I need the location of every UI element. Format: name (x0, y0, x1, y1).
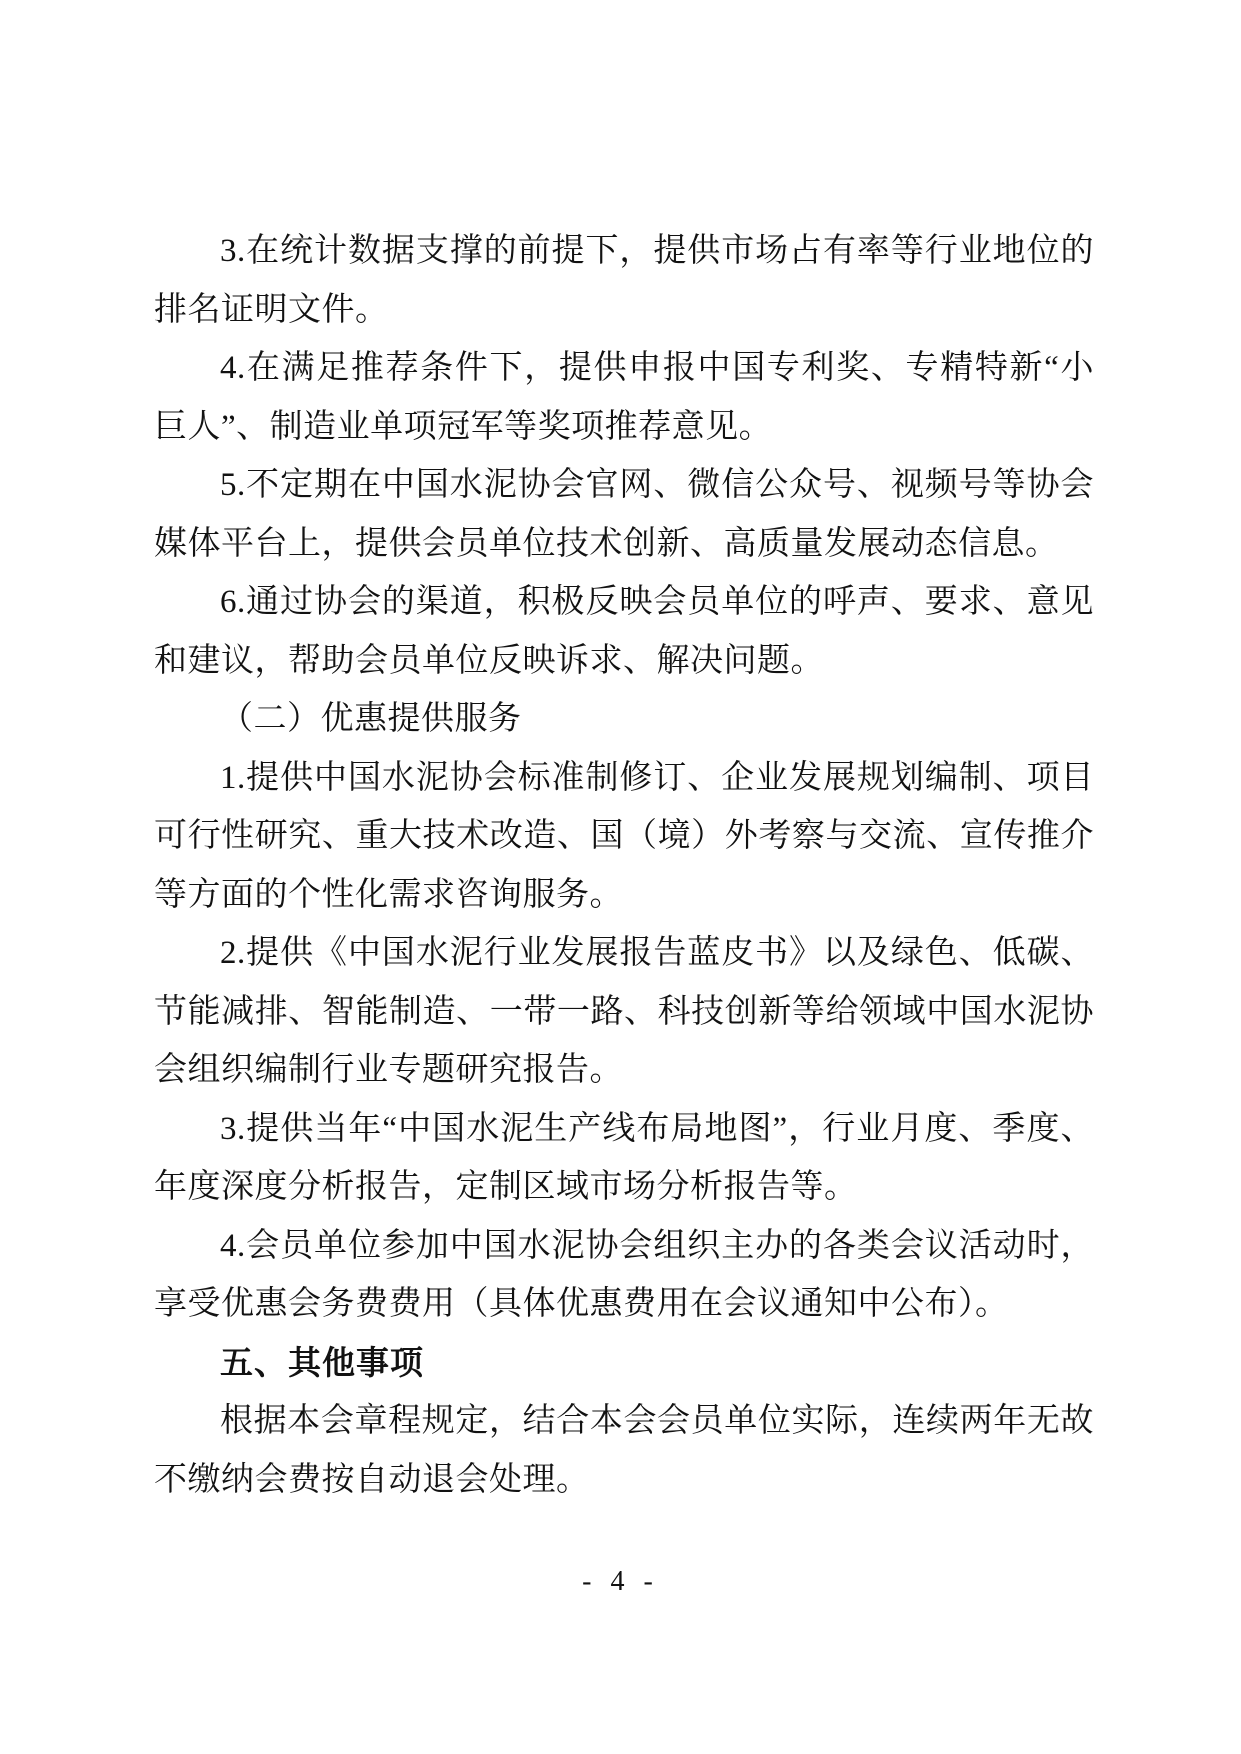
paragraph-item-4-meeting-discount: 4.会员单位参加中国水泥协会组织主办的各类会议活动时，享受优惠会务费费用（具体优… (154, 1217, 1094, 1334)
document-body: 3.在统计数据支撑的前提下，提供市场占有率等行业地位的排名证明文件。 4.在满足… (154, 222, 1094, 1509)
paragraph-item-1-consulting-services: 1.提供中国水泥协会标准制修订、企业发展规划编制、项目可行性研究、重大技术改造、… (154, 749, 1094, 925)
paragraph-item-3-ranking-certificate: 3.在统计数据支撑的前提下，提供市场占有率等行业地位的排名证明文件。 (154, 222, 1094, 339)
paragraph-membership-withdrawal-rule: 根据本会章程规定，结合本会会员单位实际，连续两年无故不缴纳会费按自动退会处理。 (154, 1392, 1094, 1509)
paragraph-item-4-award-recommendation: 4.在满足推荐条件下，提供申报中国专利奖、专精特新“小巨人”、制造业单项冠军等奖… (154, 339, 1094, 456)
section-heading-other-matters: 五、其他事项 (154, 1334, 1094, 1393)
subsection-heading-discount-services: （二）优惠提供服务 (154, 690, 1094, 749)
footer-page-number: - 4 - (0, 1566, 1241, 1598)
document-page: 3.在统计数据支撑的前提下，提供市场占有率等行业地位的排名证明文件。 4.在满足… (0, 0, 1241, 1754)
paragraph-item-6-feedback-channel: 6.通过协会的渠道，积极反映会员单位的呼声、要求、意见和建议，帮助会员单位反映诉… (154, 573, 1094, 690)
paragraph-item-5-media-platform: 5.不定期在中国水泥协会官网、微信公众号、视频号等协会媒体平台上，提供会员单位技… (154, 456, 1094, 573)
paragraph-item-2-bluebook-reports: 2.提供《中国水泥行业发展报告蓝皮书》以及绿色、低碳、节能减排、智能制造、一带一… (154, 924, 1094, 1100)
paragraph-item-3-production-line-map: 3.提供当年“中国水泥生产线布局地图”，行业月度、季度、年度深度分析报告，定制区… (154, 1100, 1094, 1217)
